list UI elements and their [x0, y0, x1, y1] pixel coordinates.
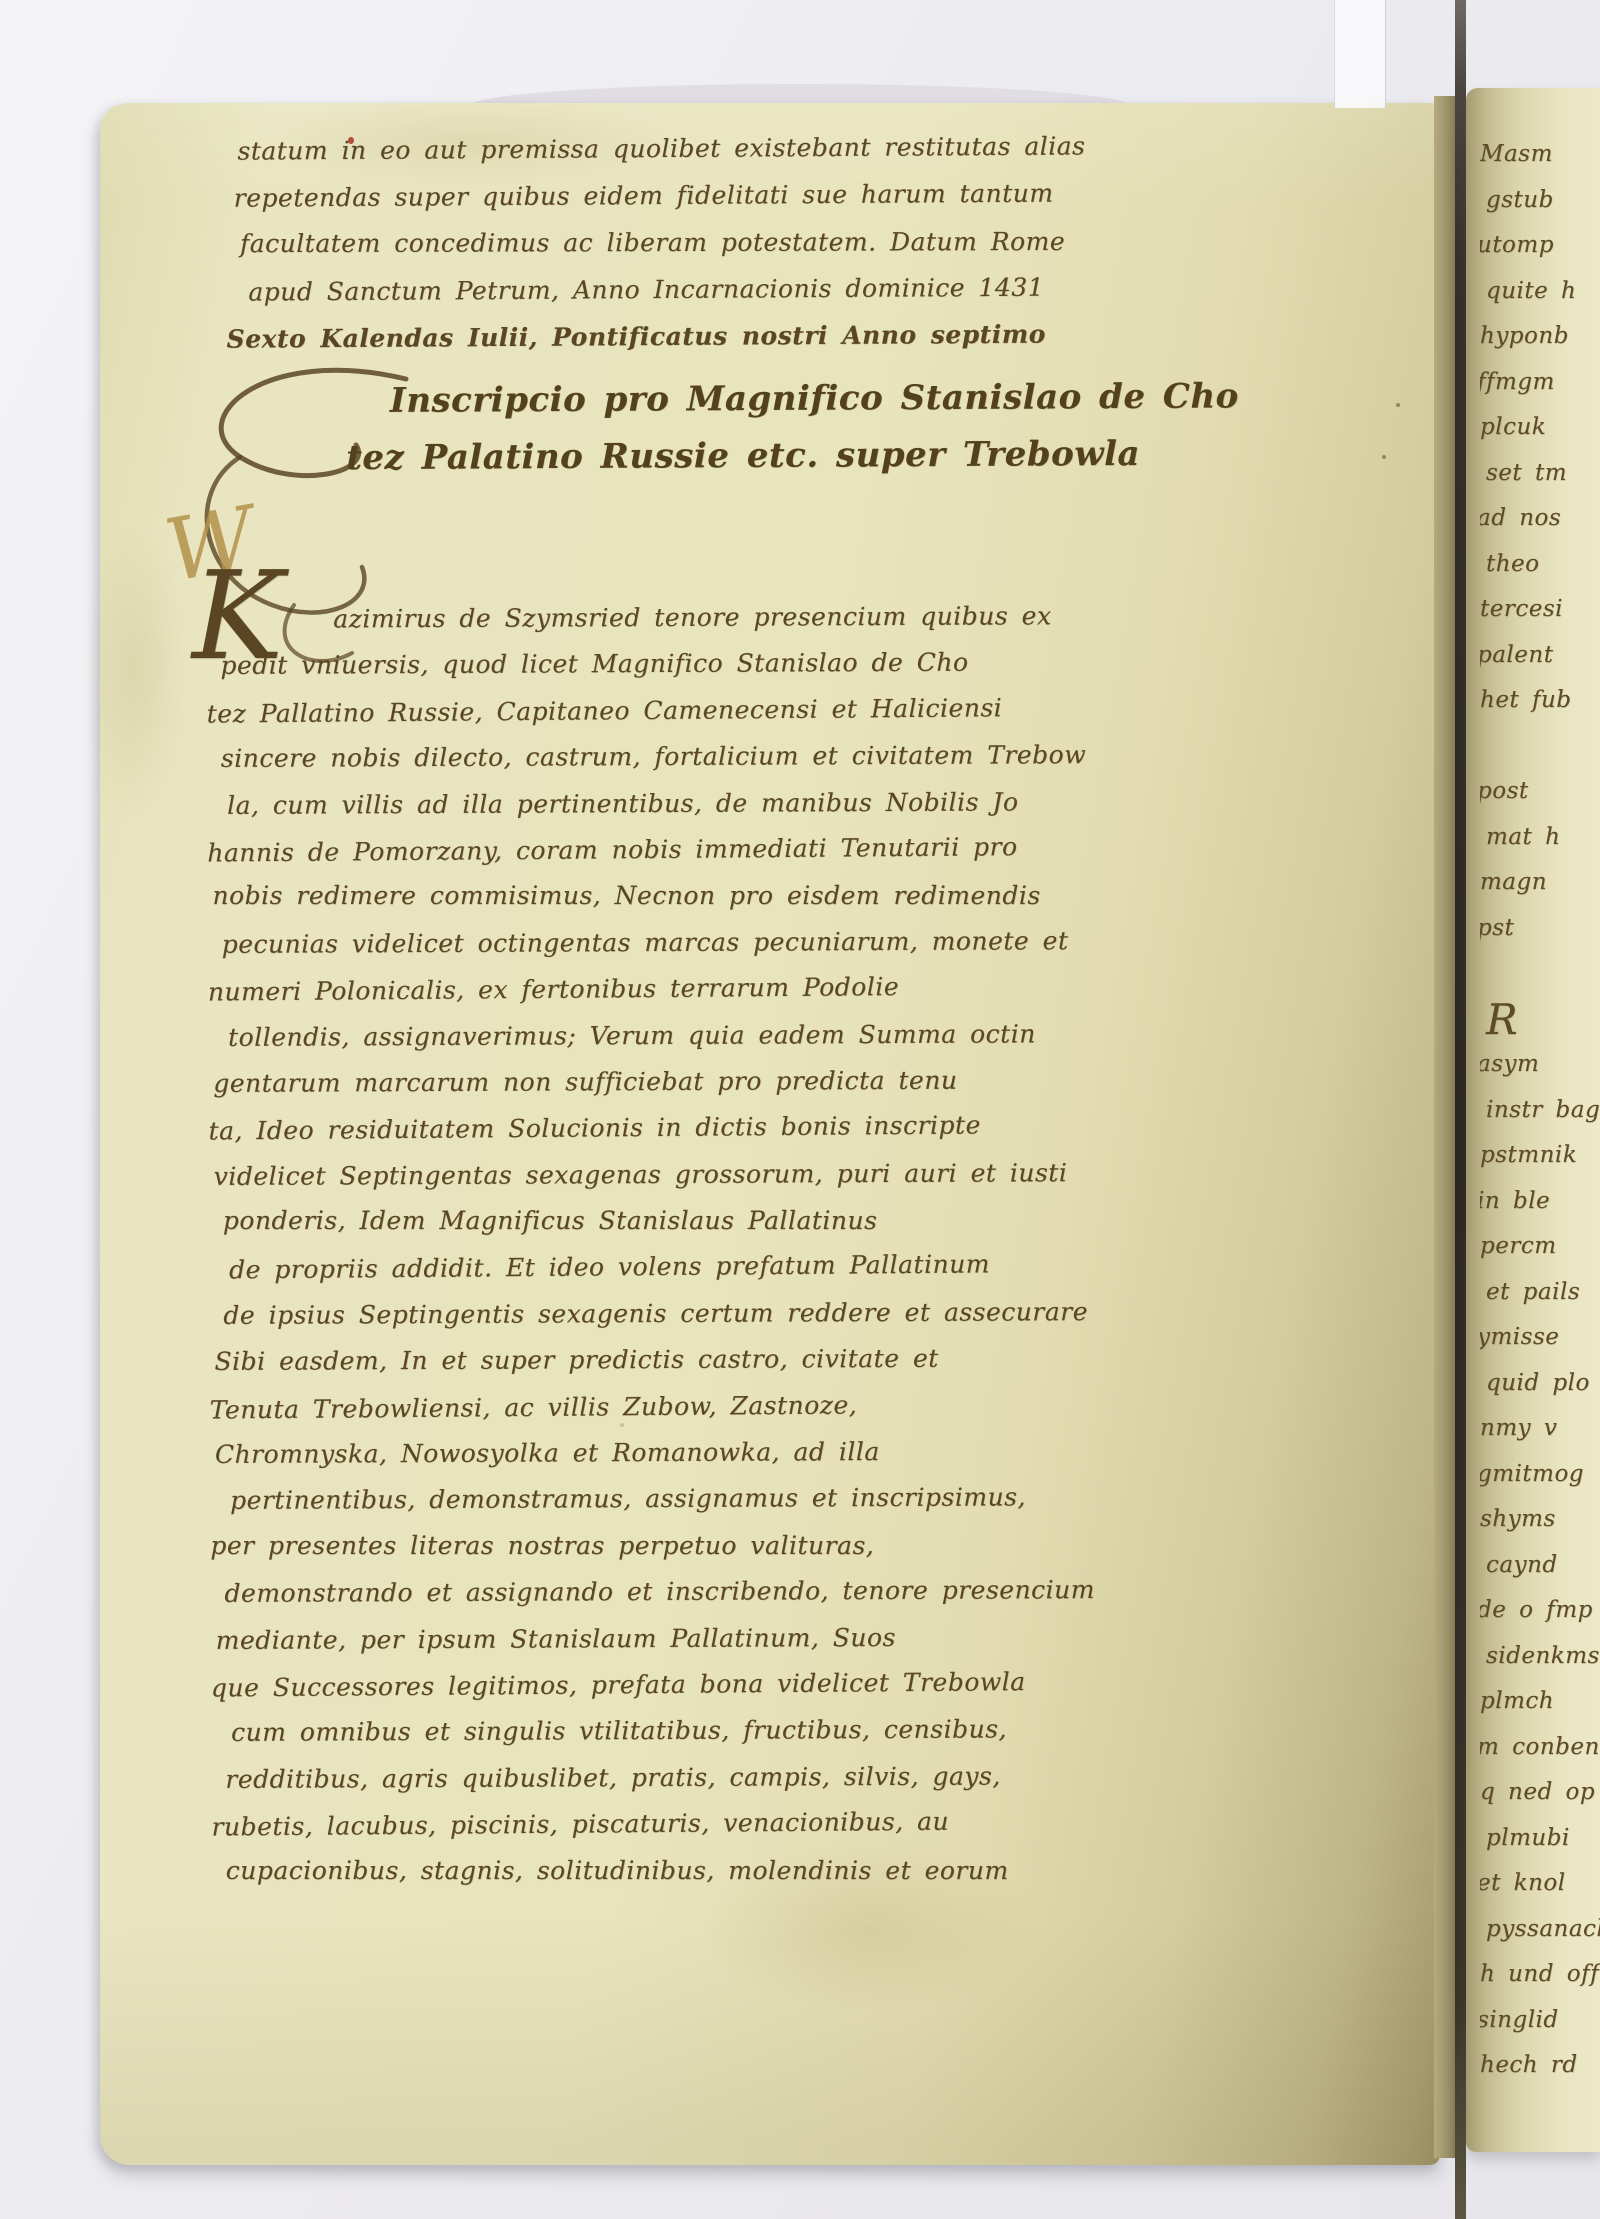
manuscript-left-page: statum in eo aut premissa quolibet exist…	[100, 103, 1440, 2165]
fragment-line: hyponb	[1480, 314, 1600, 360]
body-line: que Successores legitimos, prefata bona …	[211, 1659, 1096, 1712]
body-line: de propriis addidit. Et ideo volens pref…	[229, 1241, 1094, 1294]
body-line: nobis redimere commisimus, Necnon pro ei…	[212, 873, 1091, 919]
body-line: demonstrando et assignando et inscribend…	[224, 1567, 1095, 1617]
fragment-line: pstmnik	[1480, 1133, 1600, 1179]
manuscript-right-page: Masmgstubutompquite hhyponbffmgmplcukset…	[1466, 88, 1600, 2152]
fragment-line: m conben	[1480, 1725, 1600, 1771]
fragment-line: tercesi	[1480, 587, 1600, 633]
fragment-line: palent	[1480, 633, 1600, 679]
body-line: Sibi easdem, In et super predictis castr…	[214, 1335, 1094, 1385]
binding-gutter-line	[1455, 0, 1466, 2219]
body-text-block: azimirus de Szymsried tenore presencium …	[211, 593, 1096, 1896]
fragment-line: quid plo	[1486, 1361, 1600, 1407]
body-line: cupacionibus, stagnis, solitudinibus, mo…	[226, 1848, 1096, 1894]
fragment-line: et knol	[1480, 1861, 1600, 1907]
fragment-line: mat h	[1486, 815, 1600, 861]
body-line: ta, Ideo residuitatem Solucionis in dict…	[208, 1102, 1093, 1155]
fragment-line: magn	[1480, 860, 1600, 906]
body-line: ponderis, Idem Magnificus Stanislaus Pal…	[223, 1198, 1093, 1244]
body-line: sincere nobis dilecto, castrum, fortalic…	[221, 732, 1092, 782]
fragment-line: R	[1486, 997, 1600, 1043]
body-line: de ipsius Septingentis sexagenis certum …	[223, 1289, 1094, 1339]
fragment-line: ffmgm	[1480, 360, 1600, 406]
fragment-line: het fub	[1480, 678, 1600, 724]
body-line: mediante, per ipsum Stanislaum Pallatinu…	[216, 1614, 1096, 1664]
fragment-line: h und off	[1480, 1952, 1600, 1998]
fragment-line: set tm	[1486, 451, 1600, 497]
body-line: pedit vniuersis, quod licet Magnifico St…	[220, 639, 1091, 689]
photo-backdrop: statum in eo aut premissa quolibet exist…	[0, 0, 1600, 2219]
fragment-line: asym	[1480, 1042, 1600, 1088]
heading-block: Inscripcio pro Magnifico Stanislao de Ch…	[258, 368, 1240, 487]
fragment-line	[1480, 951, 1600, 997]
body-line: azimirus de Szymsried tenore presencium …	[333, 593, 1091, 643]
fragment-line: percm	[1480, 1224, 1600, 1270]
body-line: pecunias videlicet octingentas marcas pe…	[222, 918, 1093, 968]
body-line: tollendis, assignaverimus; Verum quia ea…	[228, 1011, 1093, 1061]
glass-edge-highlight	[1334, 0, 1386, 108]
right-page-text-column: Masmgstubutompquite hhyponbffmgmplcukset…	[1480, 132, 1600, 2089]
fragment-line: shyms	[1480, 1497, 1600, 1543]
heading-line: Inscripcio pro Magnifico Stanislao de Ch…	[390, 368, 1239, 429]
fragment-line: Masm	[1480, 132, 1600, 178]
fragment-line: q ned op	[1480, 1770, 1600, 1816]
fragment-line: hech rd	[1480, 2043, 1600, 2089]
body-line: cum omnibus et singulis vtilitatibus, fr…	[231, 1706, 1096, 1756]
body-line: Tenuta Trebowliensi, ac villis Zubow, Za…	[210, 1380, 1095, 1433]
closing-line: statum in eo aut premissa quolibet exist…	[237, 122, 1085, 174]
fragment-line: utomp	[1480, 223, 1600, 269]
body-line: hannis de Pomorzany, coram nobis immedia…	[207, 823, 1092, 876]
body-line: redditibus, agris quibuslibet, pratis, c…	[225, 1753, 1096, 1803]
fragment-line: de o fmp	[1480, 1588, 1600, 1634]
heading-line: tez Palatino Russie etc. super Trebowla	[346, 425, 1239, 487]
body-line: pertinentibus, demonstramus, assignamus …	[230, 1475, 1095, 1525]
fragment-line: plcuk	[1480, 405, 1600, 451]
fragment-line: pst	[1480, 906, 1600, 952]
fragment-line: in ble	[1480, 1179, 1600, 1225]
closing-line: facultatem concedimus ac liberam potesta…	[240, 218, 1086, 267]
fragment-line: plmch	[1480, 1679, 1600, 1725]
fragment-line: ymisse	[1480, 1315, 1600, 1361]
body-line: gentarum marcarum non sufficiebat pro pr…	[213, 1057, 1093, 1107]
ink-speck	[1396, 403, 1400, 407]
body-line: videlicet Septingentas sexagenas grossor…	[214, 1150, 1094, 1200]
fragment-line: quite h	[1486, 269, 1600, 315]
fragment-line: instr bag	[1486, 1088, 1600, 1134]
closing-line: repetendas super quibus eidem fidelitati…	[234, 169, 1086, 221]
body-line: tez Pallatino Russie, Capitaneo Camenece…	[207, 684, 1092, 737]
fragment-line: nmy v	[1480, 1406, 1600, 1452]
body-line: Chromnyska, Nowosyolka et Romanowka, ad …	[215, 1428, 1095, 1478]
fragment-line: singlid	[1480, 1998, 1600, 2044]
body-line: la, cum villis ad illa pertinentibus, de…	[227, 779, 1092, 829]
body-line: per presentes literas nostras perpetuo v…	[210, 1523, 1094, 1569]
fragment-line: pyssanack	[1486, 1907, 1600, 1953]
fragment-line: theo	[1486, 542, 1600, 588]
body-line: rubetis, lacubus, piscinis, piscaturis, …	[211, 1798, 1096, 1851]
fragment-line: gstub	[1486, 178, 1600, 224]
ink-speck	[1382, 455, 1386, 459]
fragment-line: gmitmog	[1480, 1452, 1600, 1498]
fragment-line: et pails	[1486, 1270, 1600, 1316]
fragment-line: caynd	[1486, 1543, 1600, 1589]
body-line: numeri Polonicalis, ex fertonibus terrar…	[208, 963, 1093, 1016]
fragment-line: post	[1480, 769, 1600, 815]
fragment-line	[1486, 724, 1600, 770]
fragment-line: sidenkms	[1486, 1634, 1600, 1680]
closing-line: apud Sanctum Petrum, Anno Incarnacionis …	[248, 263, 1086, 315]
fragment-line: ad nos	[1480, 496, 1600, 542]
closing-text-block: statum in eo aut premissa quolibet exist…	[237, 122, 1086, 362]
fragment-line: plmubi	[1486, 1816, 1600, 1862]
